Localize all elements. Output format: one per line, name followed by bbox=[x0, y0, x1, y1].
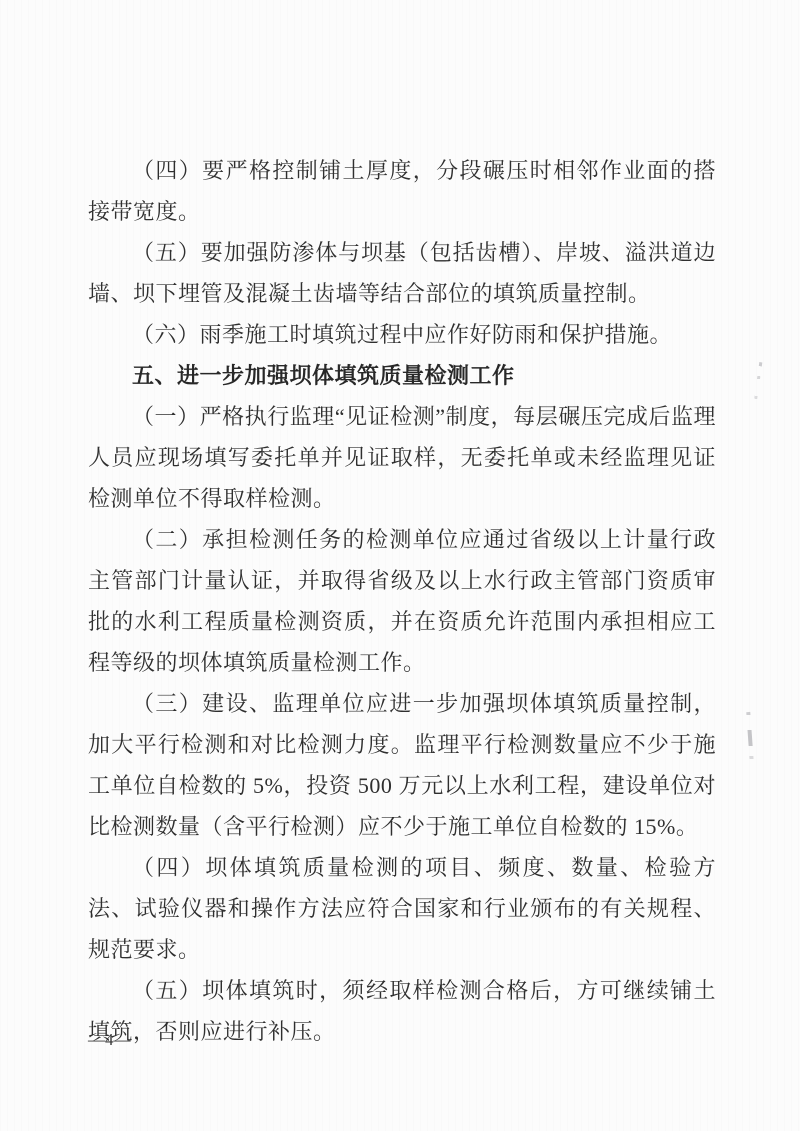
scan-artifact bbox=[746, 712, 753, 762]
paragraph-item-4: （四）要严格控制铺土厚度，分段碾压时相邻作业面的搭接带宽度。 bbox=[88, 150, 716, 232]
paragraph-item-5: （五）要加强防渗体与坝基（包括齿槽）、岸坡、溢洪道边墙、坝下埋管及混凝土齿墙等结… bbox=[88, 232, 716, 314]
document-body: （四）要严格控制铺土厚度，分段碾压时相邻作业面的搭接带宽度。 （五）要加强防渗体… bbox=[88, 150, 716, 1052]
document-page: （四）要严格控制铺土厚度，分段碾压时相邻作业面的搭接带宽度。 （五）要加强防渗体… bbox=[0, 0, 800, 1131]
paragraph-item-6: （六）雨季施工时填筑过程中应作好防雨和保护措施。 bbox=[88, 314, 716, 355]
section-heading-5: 五、进一步加强坝体填筑质量检测工作 bbox=[88, 355, 716, 396]
paragraph-item-1: （一）严格执行监理“见证检测”制度，每层碾压完成后监理人员应现场填写委托单并见证… bbox=[88, 396, 716, 519]
page-number: —4— bbox=[88, 1030, 131, 1050]
paragraph-item-2: （二）承担检测任务的检测单位应通过省级以上计量行政主管部门计量认证，并取得省级及… bbox=[88, 519, 716, 683]
scan-artifact bbox=[753, 362, 763, 410]
paragraph-item-3: （三）建设、监理单位应进一步加强坝体填筑质量控制，加大平行检测和对比检测力度。监… bbox=[88, 683, 716, 847]
paragraph-item-5b: （五）坝体填筑时，须经取样检测合格后，方可继续铺土填筑，否则应进行补压。 bbox=[88, 970, 716, 1052]
paragraph-item-4b: （四）坝体填筑质量检测的项目、频度、数量、检验方法、试验仪器和操作方法应符合国家… bbox=[88, 847, 716, 970]
